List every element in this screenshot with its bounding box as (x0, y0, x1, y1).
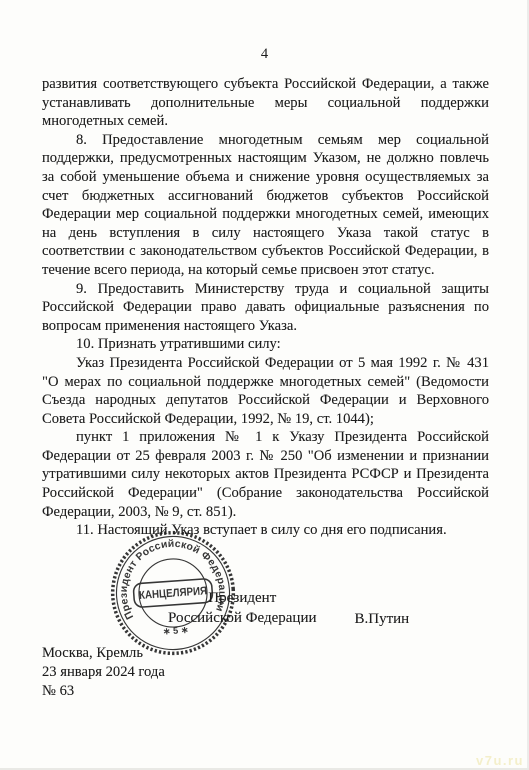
page-number: 4 (0, 46, 529, 63)
decree-text-block: развития соответствующего субъекта Росси… (42, 75, 489, 540)
watermark: v7u.ru (476, 753, 524, 768)
stamp-number-text: ∗ 5 ∗ (162, 625, 188, 637)
decree-clause-9: 9. Предоставить Министерству труда и соц… (42, 280, 489, 336)
decree-clause-10: 10. Признать утратившими силу: (42, 335, 489, 354)
footer-date: 23 января 2024 года (42, 663, 165, 682)
decree-clause-10-item-1: Указ Президента Российской Федерации от … (42, 354, 489, 428)
stamp-ring-text: Президент Российской Федерации (115, 535, 229, 621)
decree-clause-8: 8. Предоставление многодетным семьям мер… (42, 131, 489, 280)
decree-number: № 63 (42, 682, 165, 701)
signature-name: В.Путин (355, 611, 410, 628)
decree-clause-10-item-2: пункт 1 приложения № 1 к Указу Президент… (42, 428, 489, 521)
stamp-center-text: КАНЦЕЛЯРИЯ (139, 585, 208, 602)
decree-paragraph-continuation: развития соответствующего субъекта Росси… (42, 75, 489, 131)
svg-text:Президент Российской Федерации: Президент Российской Федерации (115, 535, 229, 621)
chancellery-stamp: Президент Российской Федерации КАНЦЕЛЯРИ… (103, 523, 244, 664)
